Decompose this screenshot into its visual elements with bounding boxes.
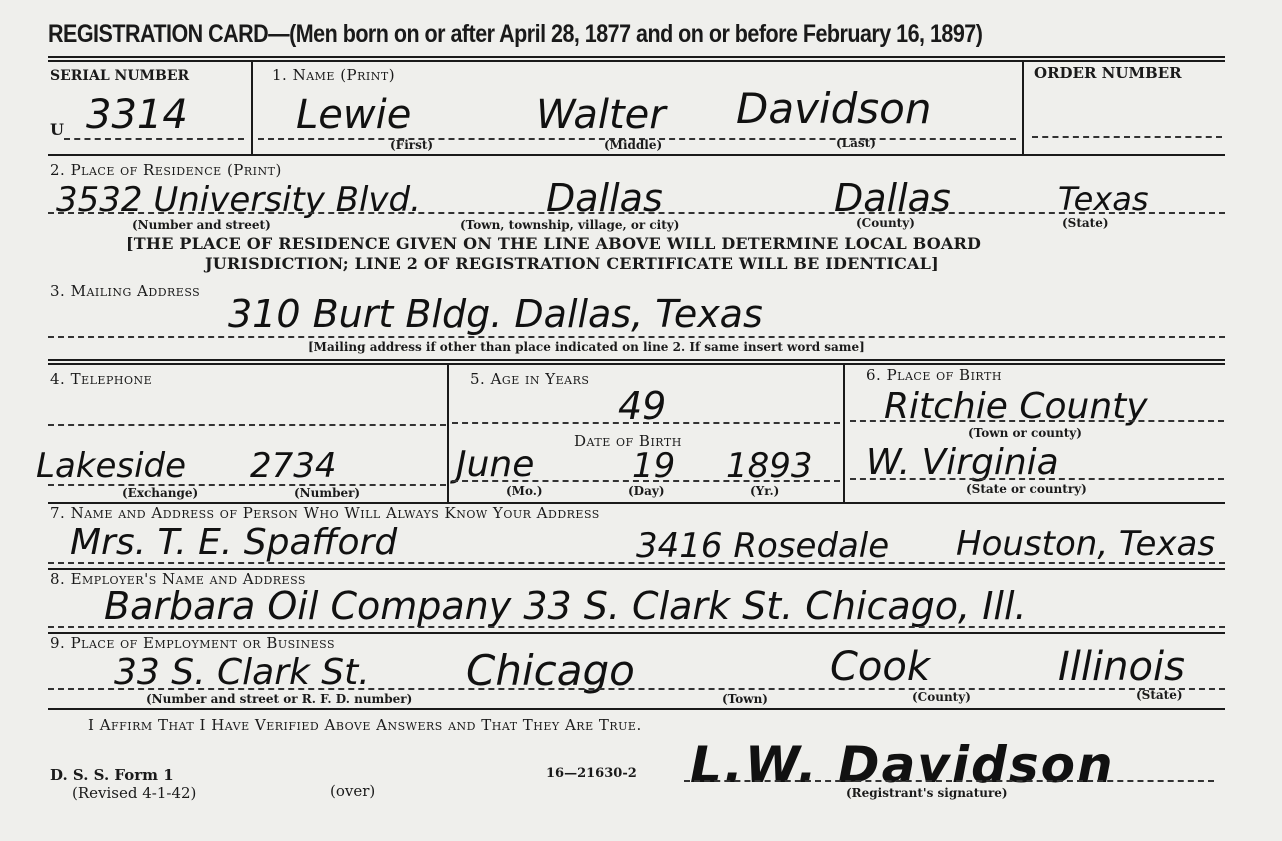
divider xyxy=(251,62,253,154)
employment-line xyxy=(48,688,1225,690)
contact-city-value: Houston, Texas xyxy=(956,524,1215,564)
telephone-label: 4. Telephone xyxy=(50,370,152,388)
signature-line xyxy=(684,780,1214,782)
jurisdiction-notice-line1: [THE PLACE OF RESIDENCE GIVEN ON THE LIN… xyxy=(126,234,981,253)
first-name-value: Lewie xyxy=(296,92,411,138)
exchange-caption: (Exchange) xyxy=(122,486,198,500)
divider xyxy=(447,365,449,502)
town-or-county-caption: (Town or county) xyxy=(968,426,1082,440)
revised-date: (Revised 4-1-42) xyxy=(72,784,196,802)
signature-caption: (Registrant's signature) xyxy=(846,786,1008,800)
first-caption: (First) xyxy=(390,138,433,152)
order-number-label: ORDER NUMBER xyxy=(1034,64,1182,82)
county-caption: (County) xyxy=(856,216,915,230)
serial-number-value: 3314 xyxy=(86,92,188,138)
serial-number-label: SERIAL NUMBER xyxy=(50,68,189,84)
last-caption: (Last) xyxy=(836,136,876,150)
employment-state-caption: (State) xyxy=(1136,688,1183,702)
rule xyxy=(48,60,1225,62)
state-or-country-caption: (State or country) xyxy=(966,482,1087,496)
middle-caption: (Middle) xyxy=(604,138,662,152)
rule xyxy=(48,359,1225,361)
year-caption: (Yr.) xyxy=(750,484,779,498)
card-title: REGISTRATION CARD—(Men born on or after … xyxy=(48,20,982,49)
rule xyxy=(48,708,1225,710)
month-caption: (Mo.) xyxy=(506,484,543,498)
employment-town-caption: (Town) xyxy=(722,692,768,706)
age-line xyxy=(452,422,840,424)
form-code: 16—21630-2 xyxy=(546,766,637,781)
jurisdiction-notice-line2: JURISDICTION; LINE 2 OF REGISTRATION CER… xyxy=(205,254,939,273)
order-number-line xyxy=(1032,136,1222,138)
employment-street-value: 33 S. Clark St. xyxy=(114,652,370,693)
day-caption: (Day) xyxy=(628,484,665,498)
number-caption: (Number) xyxy=(294,486,360,500)
form-name: D. S. S. Form 1 xyxy=(50,766,174,784)
employment-county-caption: (County) xyxy=(912,690,971,704)
residence-street-value: 3532 University Blvd. xyxy=(56,180,421,220)
serial-line xyxy=(64,138,244,140)
state-caption: (State) xyxy=(1062,216,1109,230)
contact-name-value: Mrs. T. E. Spafford xyxy=(70,522,397,563)
mailing-caption: [Mailing address if other than place ind… xyxy=(308,340,865,354)
mailing-address-label: 3. Mailing Address xyxy=(50,282,200,300)
rule xyxy=(48,154,1225,156)
employment-state-value: Illinois xyxy=(1058,644,1185,690)
affirmation-text: I Affirm That I Have Verified Above Answ… xyxy=(88,716,642,734)
employment-county-value: Cook xyxy=(830,644,930,690)
dob-line xyxy=(452,480,840,482)
residence-label: 2. Place of Residence (Print) xyxy=(50,161,282,179)
contact-address-value: 3416 Rosedale xyxy=(636,526,889,566)
birth-state-line xyxy=(850,478,1224,480)
contact-line xyxy=(48,562,1225,564)
telephone-line xyxy=(48,484,446,486)
employer-line xyxy=(48,626,1225,628)
telephone-number-value: 2734 xyxy=(250,446,337,486)
birth-month-value: June xyxy=(456,444,534,485)
rule xyxy=(48,363,1225,365)
serial-prefix: U xyxy=(50,120,64,139)
mailing-line xyxy=(48,336,1225,338)
over-note: (over) xyxy=(330,782,375,800)
residence-line xyxy=(48,212,1225,214)
employment-label: 9. Place of Employment or Business xyxy=(50,634,335,652)
age-label: 5. Age in Years xyxy=(470,370,589,388)
rule xyxy=(48,56,1225,58)
divider xyxy=(1022,62,1024,154)
name-label: 1. Name (Print) xyxy=(272,66,395,84)
mailing-address-value: 310 Burt Bldg. Dallas, Texas xyxy=(228,292,763,336)
employment-street-caption: (Number and street or R. F. D. number) xyxy=(146,692,412,706)
telephone-exchange-value: Lakeside xyxy=(36,446,186,486)
telephone-line-top xyxy=(48,424,446,426)
middle-name-value: Walter xyxy=(536,92,666,138)
town-caption: (Town, township, village, or city) xyxy=(460,218,679,232)
place-of-birth-label: 6. Place of Birth xyxy=(866,366,1002,384)
employer-value: Barbara Oil Company 33 S. Clark St. Chic… xyxy=(104,584,1027,628)
contact-label: 7. Name and Address of Person Who Will A… xyxy=(50,504,600,522)
divider xyxy=(843,365,845,502)
last-name-value: Davidson xyxy=(736,84,931,133)
street-caption: (Number and street) xyxy=(132,218,271,232)
birth-state-value: W. Virginia xyxy=(866,442,1059,483)
birth-town-line xyxy=(850,420,1224,422)
